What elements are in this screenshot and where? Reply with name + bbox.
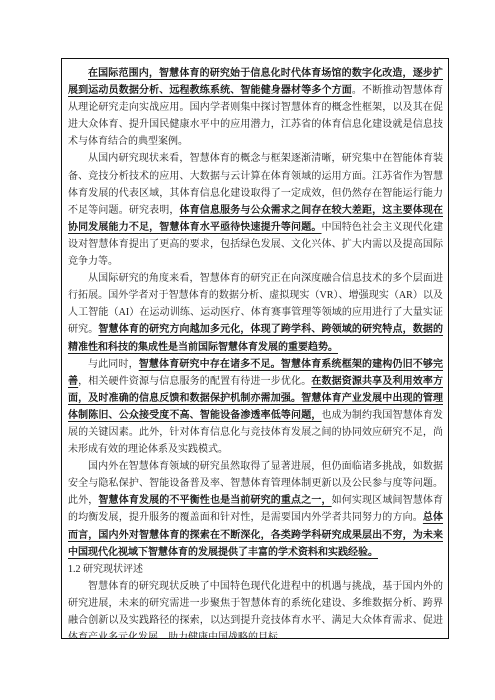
paragraph: 从国际研究的角度来看，智慧体育的研究正在向深度融合信息技术的多个层面进行拓展。国…	[68, 270, 443, 355]
text-run: ，相关硬件资源与信息服务的配置有待进一步优化。	[78, 376, 311, 387]
paragraph: 智慧体育的研究现状反映了中国特色现代化进程中的机遇与挑战，基于国内外的研究进展，…	[68, 578, 443, 639]
text-run: 智慧体育的研究现状反映了中国特色现代化进程中的机遇与挑战，基于国内外的研究进展，…	[68, 581, 443, 639]
paragraph: 在国际范围内，智慧体育的研究始于信息化时代体育场馆的数字化改造，逐步扩展到运动员…	[68, 65, 443, 150]
bordered-text-box: 在国际范围内，智慧体育的研究始于信息化时代体育场馆的数字化改造，逐步扩展到运动员…	[61, 58, 449, 639]
paragraph: 与此同时，智慧体育研究中存在诸多不足。智慧体育系统框架的建构仍旧不够完善，相关硬…	[68, 356, 443, 459]
document-page: 在国际范围内，智慧体育的研究始于信息化时代体育场馆的数字化改造，逐步扩展到运动员…	[0, 0, 495, 700]
text-run: 1.2 研究现状评述	[68, 564, 143, 575]
emphasis-run: 智慧体育发展的不平衡性也是当前研究的重点之一，	[98, 495, 331, 506]
section-heading: 1.2 研究现状评述	[68, 561, 443, 578]
emphasis-run: 智慧体育的研究方向越加多元化，体现了跨学科、跨领域的研究特点，数据的精准性和科技…	[68, 324, 443, 352]
document-body: 在国际范围内，智慧体育的研究始于信息化时代体育场馆的数字化改造，逐步扩展到运动员…	[68, 65, 443, 639]
paragraph: 从国内研究现状来看，智慧体育的概念与框架逐渐清晰，研究集中在智能体育装备、竞技分…	[68, 150, 443, 270]
text-run: 与此同时，	[88, 359, 139, 370]
paragraph: 国内外在智慧体育领域的研究虽然取得了显著进展，但仍面临诸多挑战，如数据安全与隐私…	[68, 458, 443, 561]
